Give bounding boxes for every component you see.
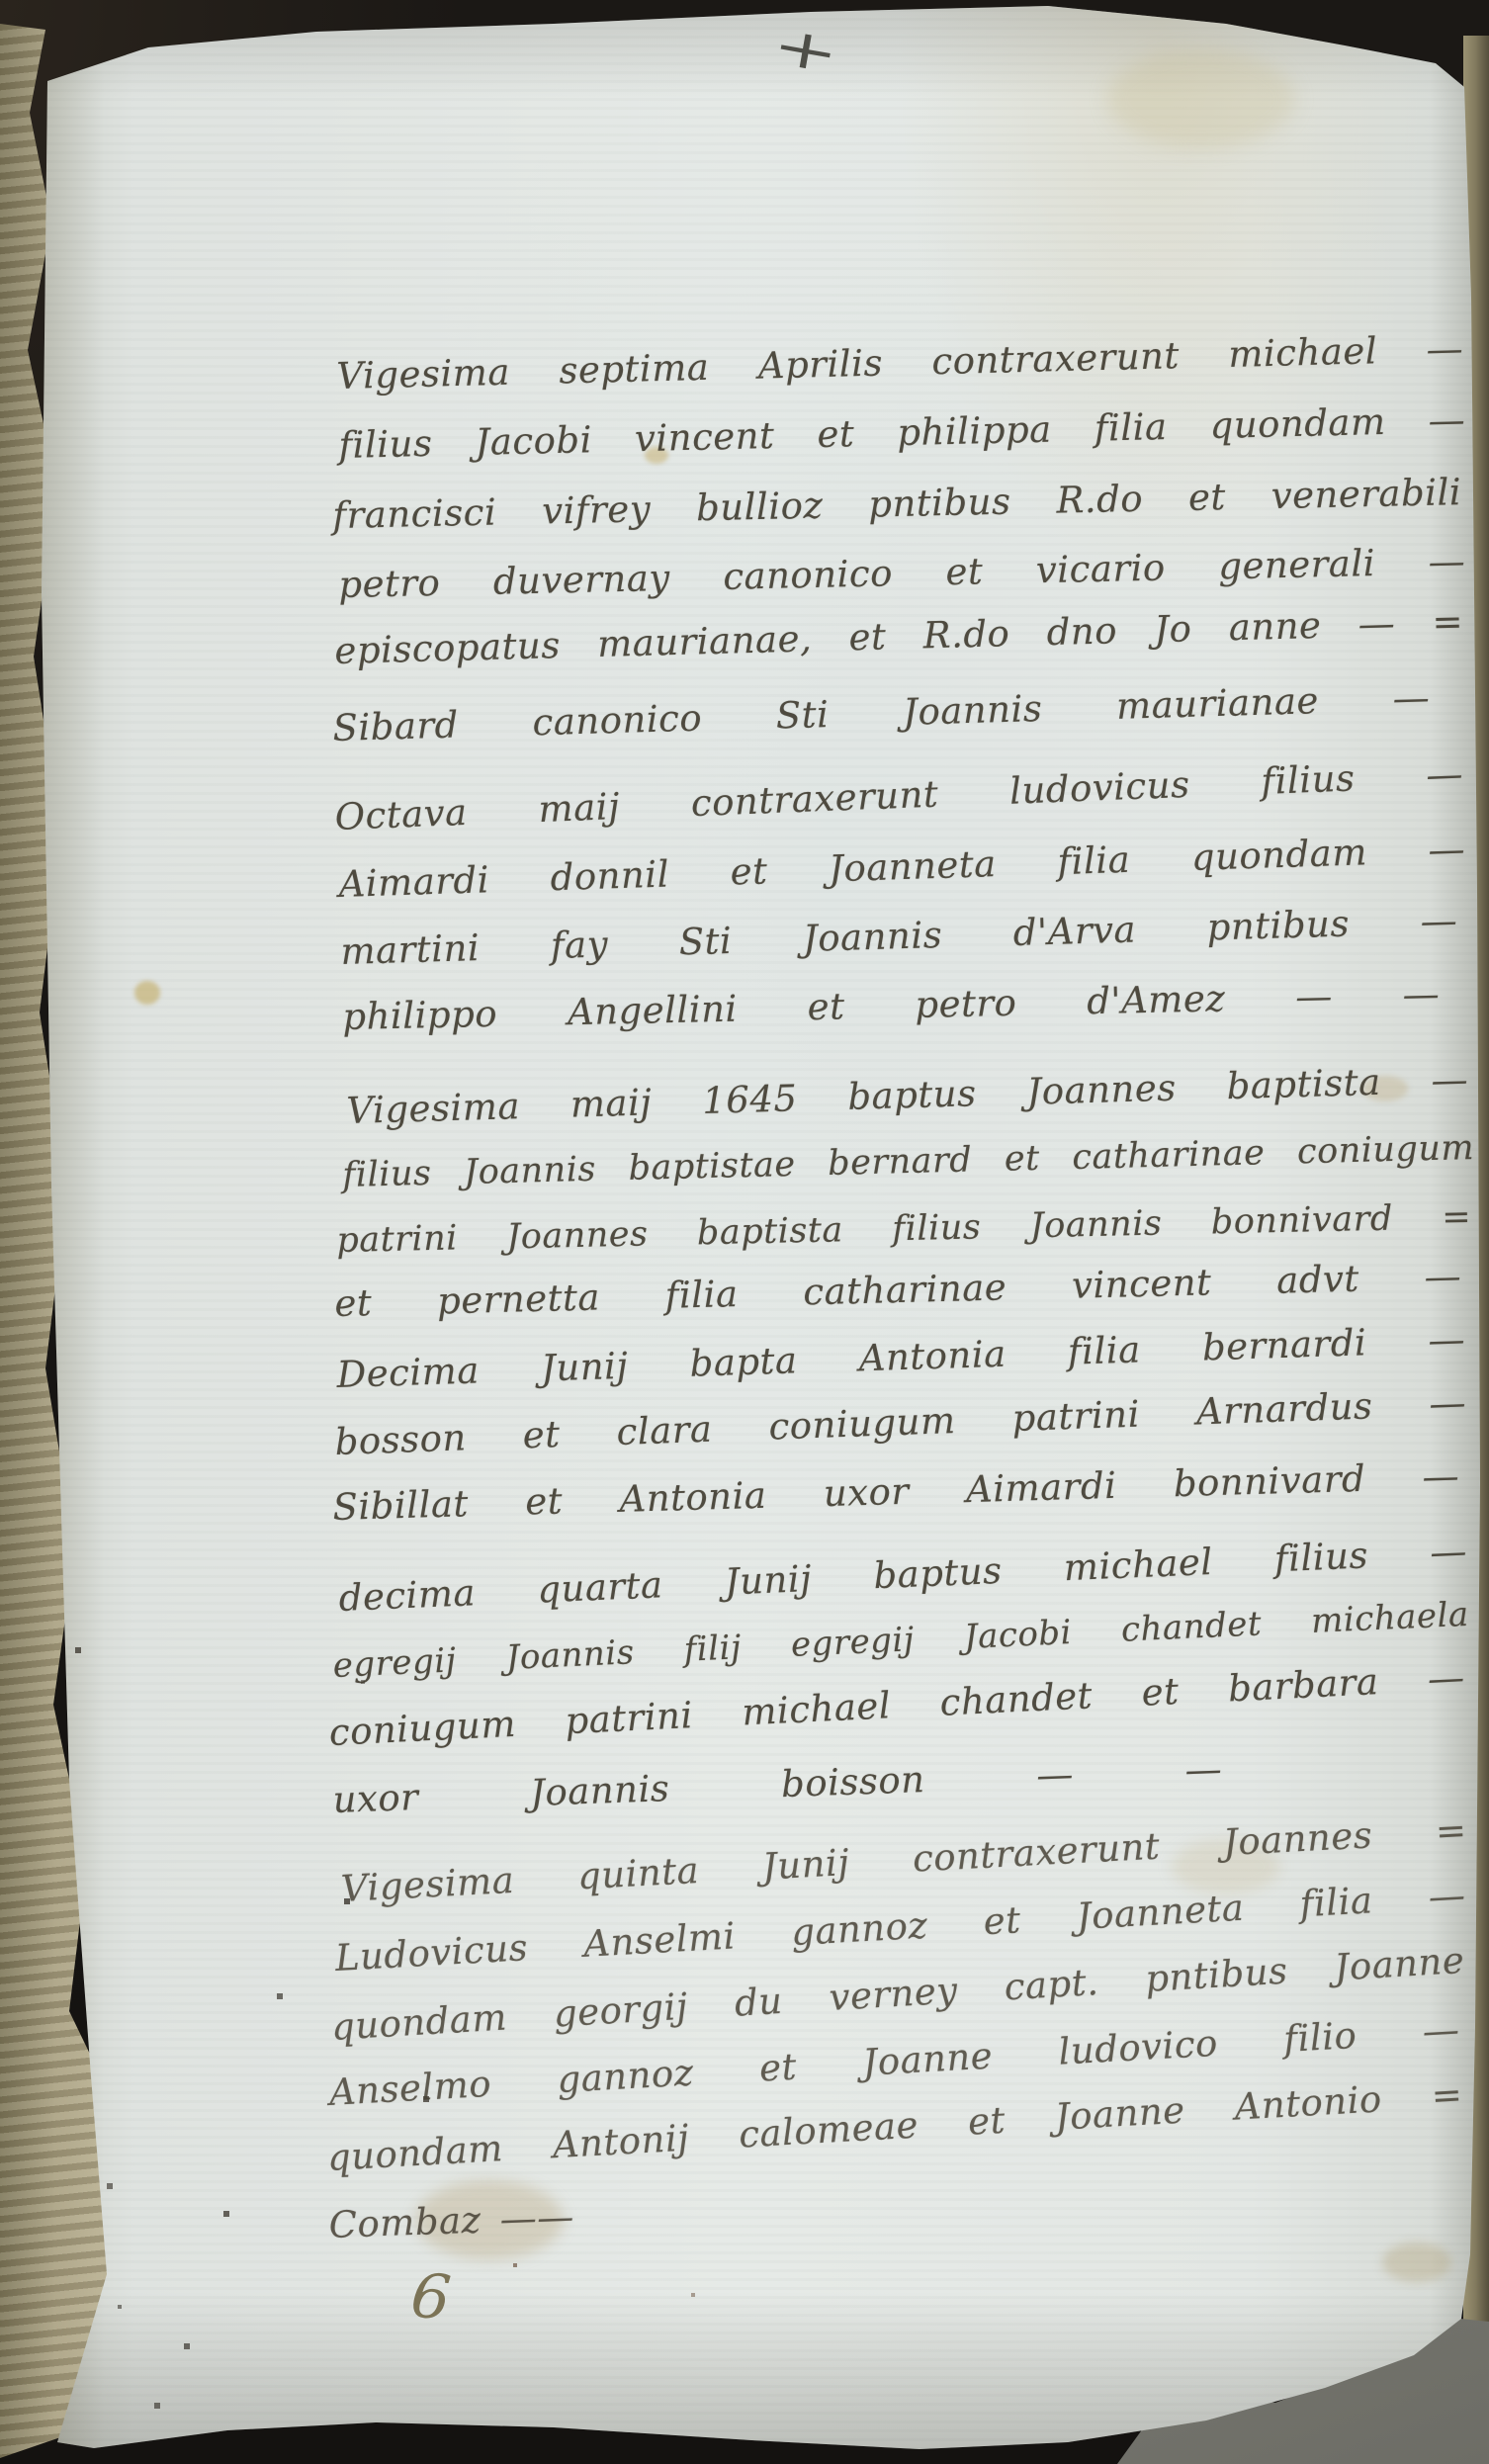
page-number: 6: [407, 2258, 454, 2334]
paper-stain: [1382, 2243, 1451, 2282]
paper-stain: [134, 981, 160, 1005]
manuscript-line: Combaz ——: [328, 2198, 574, 2244]
paper-stain: [1107, 49, 1295, 148]
cross-mark: +: [767, 14, 843, 87]
photographed-register-page: + Vigesima septima Aprilis contraxerunt …: [0, 0, 1489, 2464]
ink-specks: [0, 0, 2, 2]
manuscript-page: + Vigesima septima Aprilis contraxerunt …: [0, 0, 1489, 2464]
